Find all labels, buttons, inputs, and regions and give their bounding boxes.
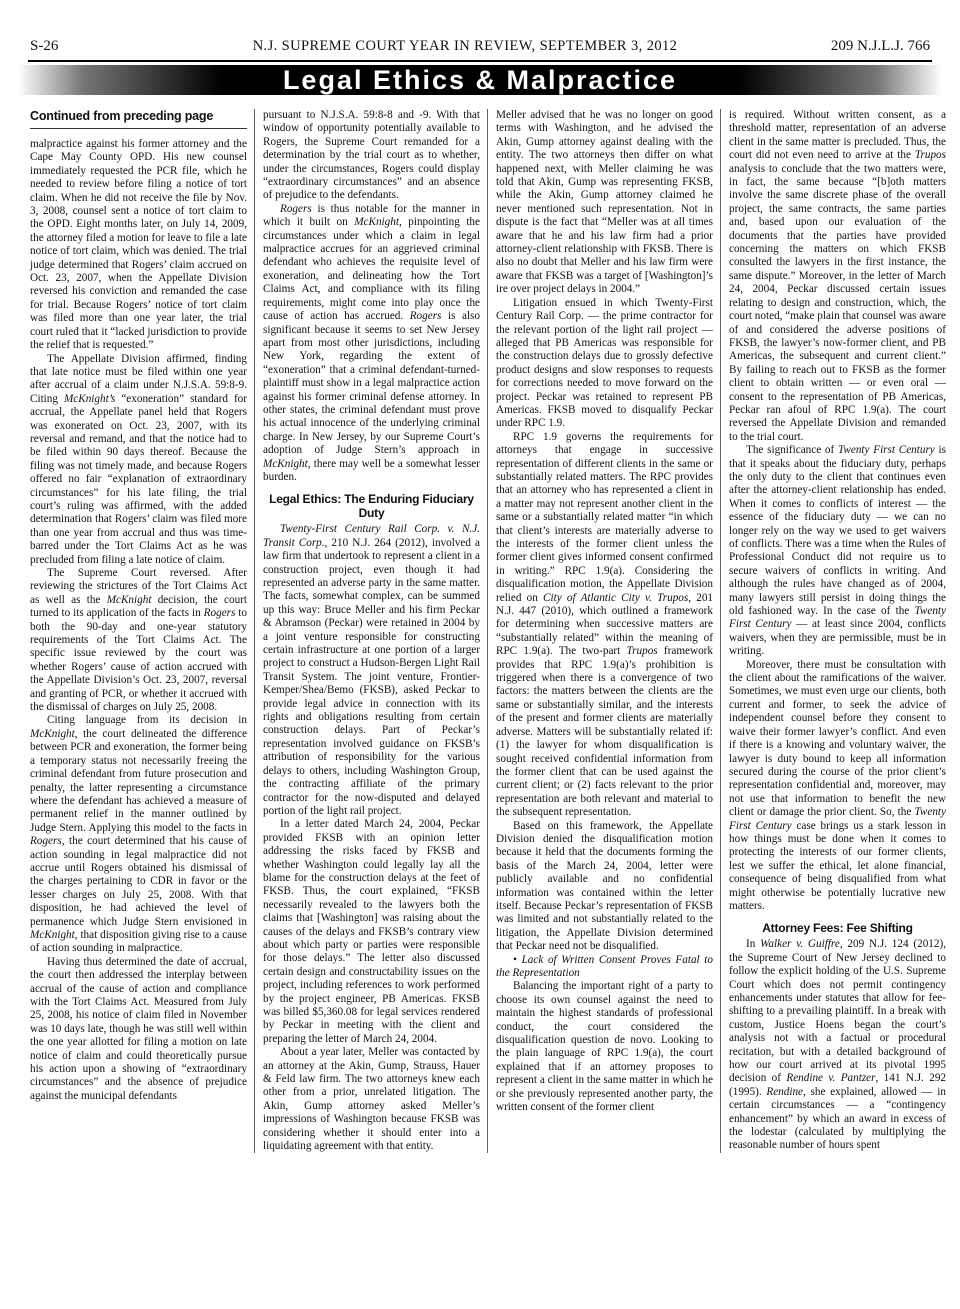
article-paragraph: Moreover, there must be consultation wit… [729, 659, 946, 914]
article-paragraph: is required. Without written consent, as… [729, 109, 946, 444]
article-paragraph: The significance of Twenty First Century… [729, 444, 946, 659]
article-paragraph: The Appellate Division affirmed, finding… [30, 353, 247, 568]
article-paragraph: Having thus determined the date of accru… [30, 956, 247, 1103]
masthead-rule [28, 60, 932, 62]
article-paragraph: RPC 1.9 governs the requirements for att… [496, 431, 713, 820]
column-4: is required. Without written consent, as… [721, 109, 946, 1153]
masthead: S-26 N.J. SUPREME COURT YEAR IN REVIEW, … [0, 0, 960, 60]
section-heading: Attorney Fees: Fee Shifting [729, 921, 946, 935]
article-paragraph: pursuant to N.J.S.A. 59:8-8 and -9. With… [263, 109, 480, 203]
article-paragraph: In Walker v. Guiffre, 209 N.J. 124 (2012… [729, 938, 946, 1153]
article-paragraph: Litigation ensued in which Twenty-First … [496, 297, 713, 431]
article-paragraph: Based on this framework, the Appellate D… [496, 820, 713, 954]
article-paragraph: Balancing the important right of a party… [496, 980, 713, 1114]
page-number: S-26 [30, 38, 120, 55]
citation: 209 N.J.L.J. 766 [810, 38, 930, 55]
column-2: pursuant to N.J.S.A. 59:8-8 and -9. With… [255, 109, 488, 1153]
italic-subhead: • Lack of Written Consent Proves Fatal t… [496, 954, 713, 981]
article-paragraph: Citing language from its decision in McK… [30, 714, 247, 955]
article-paragraph: malpractice against his former attorney … [30, 138, 247, 353]
article-paragraph: In a letter dated March 24, 2004, Peckar… [263, 818, 480, 1046]
column-1: Continued from preceding pagemalpractice… [30, 109, 255, 1153]
section-banner: Legal Ethics & Malpractice [18, 65, 942, 95]
masthead-title: N.J. SUPREME COURT YEAR IN REVIEW, SEPTE… [120, 38, 810, 55]
newspaper-page: S-26 N.J. SUPREME COURT YEAR IN REVIEW, … [0, 0, 960, 1309]
article-paragraph: About a year later, Meller was contacted… [263, 1046, 480, 1153]
continued-kicker: Continued from preceding page [30, 109, 247, 129]
column-3: Meller advised that he was no longer on … [488, 109, 721, 1153]
article-paragraph: Rogers is thus notable for the manner in… [263, 203, 480, 485]
article-paragraph: The Supreme Court reversed. After review… [30, 567, 247, 714]
article-paragraph: Meller advised that he was no longer on … [496, 109, 713, 297]
article-paragraph: Twenty-First Century Rail Corp. v. N.J. … [263, 523, 480, 818]
section-heading: Legal Ethics: The Enduring Fiduciary Dut… [263, 492, 480, 520]
article-columns: Continued from preceding pagemalpractice… [30, 109, 930, 1153]
